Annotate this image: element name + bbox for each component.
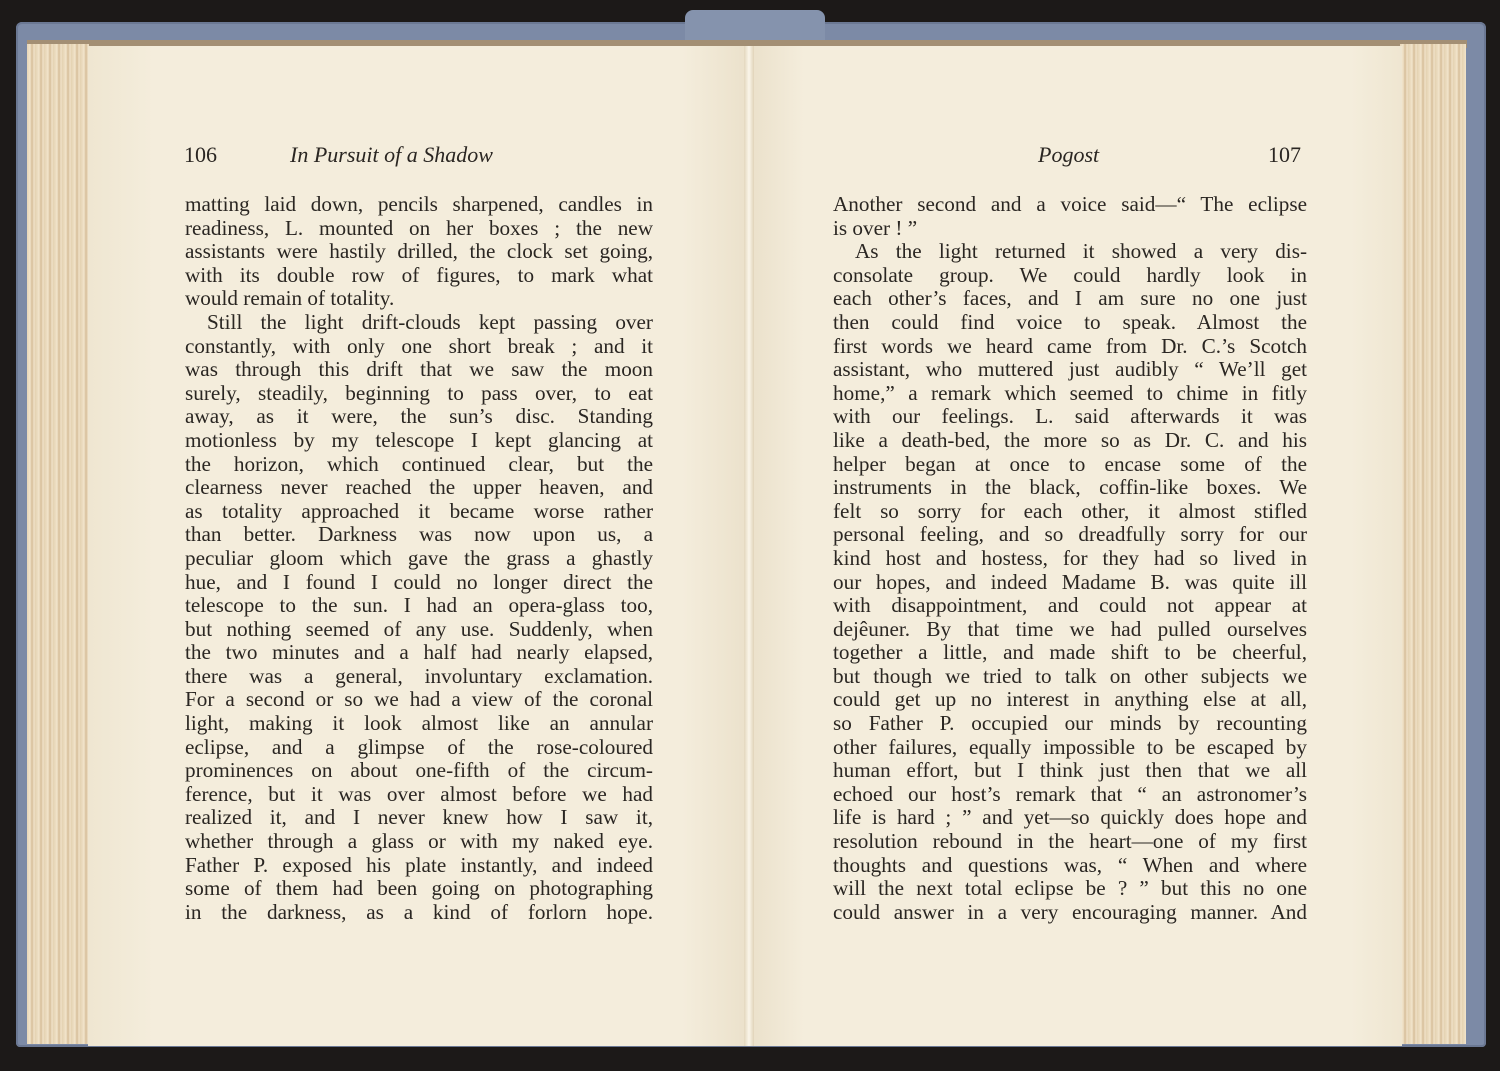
text-line: the two minutes and a half had nearly el… xyxy=(185,641,653,665)
book-spine xyxy=(685,10,825,40)
text-line: realized it, and I never knew how I saw … xyxy=(185,806,653,830)
text-line: thoughts and questions was, “ When and w… xyxy=(833,854,1307,878)
text-line: dejêuner. By that time we had pulled our… xyxy=(833,618,1307,642)
right-page-body: Another second and a voice said—“ The ec… xyxy=(833,193,1307,924)
text-line: first words we heard came from Dr. C.’s … xyxy=(833,335,1307,359)
text-line: will the next total eclipse be ? ” but t… xyxy=(833,877,1307,901)
text-line: would remain of totality. xyxy=(185,287,653,311)
text-line: but though we tried to talk on other sub… xyxy=(833,665,1307,689)
text-line: clearness never reached the upper heaven… xyxy=(185,476,653,500)
text-line: life is hard ; ” and yet—so quickly does… xyxy=(833,806,1307,830)
text-line: home,” a remark which seemed to chime in… xyxy=(833,382,1307,406)
text-line: matting laid down, pencils sharpened, ca… xyxy=(185,193,653,217)
text-line: but nothing seemed of any use. Suddenly,… xyxy=(185,618,653,642)
text-line: was through this drift that we saw the m… xyxy=(185,358,653,382)
text-line: the horizon, which continued clear, but … xyxy=(185,453,653,477)
text-line: light, making it look almost like an ann… xyxy=(185,712,653,736)
text-line: so Father P. occupied our minds by recou… xyxy=(833,712,1307,736)
text-line: echoed our host’s remark that “ an astro… xyxy=(833,783,1307,807)
text-line: ference, but it was over almost before w… xyxy=(185,783,653,807)
text-line: Another second and a voice said—“ The ec… xyxy=(833,193,1307,217)
text-line: Still the light drift-clouds kept passin… xyxy=(185,311,653,335)
text-line: readiness, L. mounted on her boxes ; the… xyxy=(185,217,653,241)
text-line: telescope to the sun. I had an opera-gla… xyxy=(185,594,653,618)
text-line: some of them had been going on photograp… xyxy=(185,877,653,901)
text-line: assistant, who muttered just audibly “ W… xyxy=(833,358,1307,382)
text-line: our hopes, and indeed Madame B. was quit… xyxy=(833,571,1307,595)
text-line: eclipse, and a glimpse of the rose-colou… xyxy=(185,736,653,760)
left-page-number: 106 xyxy=(184,142,217,168)
text-line: with disappointment, and could not appea… xyxy=(833,594,1307,618)
text-line: resolution rebound in the heart—one of m… xyxy=(833,830,1307,854)
text-line: there was a general, involuntary exclama… xyxy=(185,665,653,689)
text-line: consolate group. We could hardly look in xyxy=(833,264,1307,288)
text-line: hue, and I found I could no longer direc… xyxy=(185,571,653,595)
text-line: with its double row of figures, to mark … xyxy=(185,264,653,288)
left-running-title: In Pursuit of a Shadow xyxy=(290,142,493,168)
text-line: like a death-bed, the more so as Dr. C. … xyxy=(833,429,1307,453)
text-line: Father P. exposed his plate instantly, a… xyxy=(185,854,653,878)
text-line: other failures, equally impossible to be… xyxy=(833,736,1307,760)
text-line: As the light returned it showed a very d… xyxy=(833,240,1307,264)
text-line: instruments in the black, coffin-like bo… xyxy=(833,476,1307,500)
right-page-number: 107 xyxy=(1268,142,1301,168)
text-line: then could find voice to speak. Almost t… xyxy=(833,311,1307,335)
text-line: peculiar gloom which gave the grass a gh… xyxy=(185,547,653,571)
text-line: personal feeling, and so dreadfully sorr… xyxy=(833,523,1307,547)
right-page-edges xyxy=(1400,44,1466,1044)
book-gutter xyxy=(744,46,754,1046)
left-page-body: matting laid down, pencils sharpened, ca… xyxy=(185,193,653,924)
right-running-title: Pogost xyxy=(1038,142,1099,168)
text-line: surely, steadily, beginning to pass over… xyxy=(185,382,653,406)
text-line: constantly, with only one short break ; … xyxy=(185,335,653,359)
text-line: kind host and hostess, for they had so l… xyxy=(833,547,1307,571)
text-line: could answer in a very encouraging manne… xyxy=(833,901,1307,925)
left-page-edges xyxy=(27,44,89,1044)
text-line: together a little, and made shift to be … xyxy=(833,641,1307,665)
text-line: as totality approached it became worse r… xyxy=(185,500,653,524)
text-line: with our feelings. L. said afterwards it… xyxy=(833,405,1307,429)
text-line: whether through a glass or with my naked… xyxy=(185,830,653,854)
text-line: than better. Darkness was now upon us, a xyxy=(185,523,653,547)
text-line: felt so sorry for each other, it almost … xyxy=(833,500,1307,524)
text-line: human effort, but I think just then that… xyxy=(833,759,1307,783)
text-line: each other’s faces, and I am sure no one… xyxy=(833,287,1307,311)
text-line: in the darkness, as a kind of forlorn ho… xyxy=(185,901,653,925)
text-line: helper began at once to encase some of t… xyxy=(833,453,1307,477)
text-line: could get up no interest in anything els… xyxy=(833,688,1307,712)
text-line: assistants were hastily drilled, the clo… xyxy=(185,240,653,264)
text-line: prominences on about one-fifth of the ci… xyxy=(185,759,653,783)
text-line: away, as it were, the sun’s disc. Standi… xyxy=(185,405,653,429)
text-line: is over ! ” xyxy=(833,217,1307,241)
text-line: motionless by my telescope I kept glanci… xyxy=(185,429,653,453)
text-line: For a second or so we had a view of the … xyxy=(185,688,653,712)
